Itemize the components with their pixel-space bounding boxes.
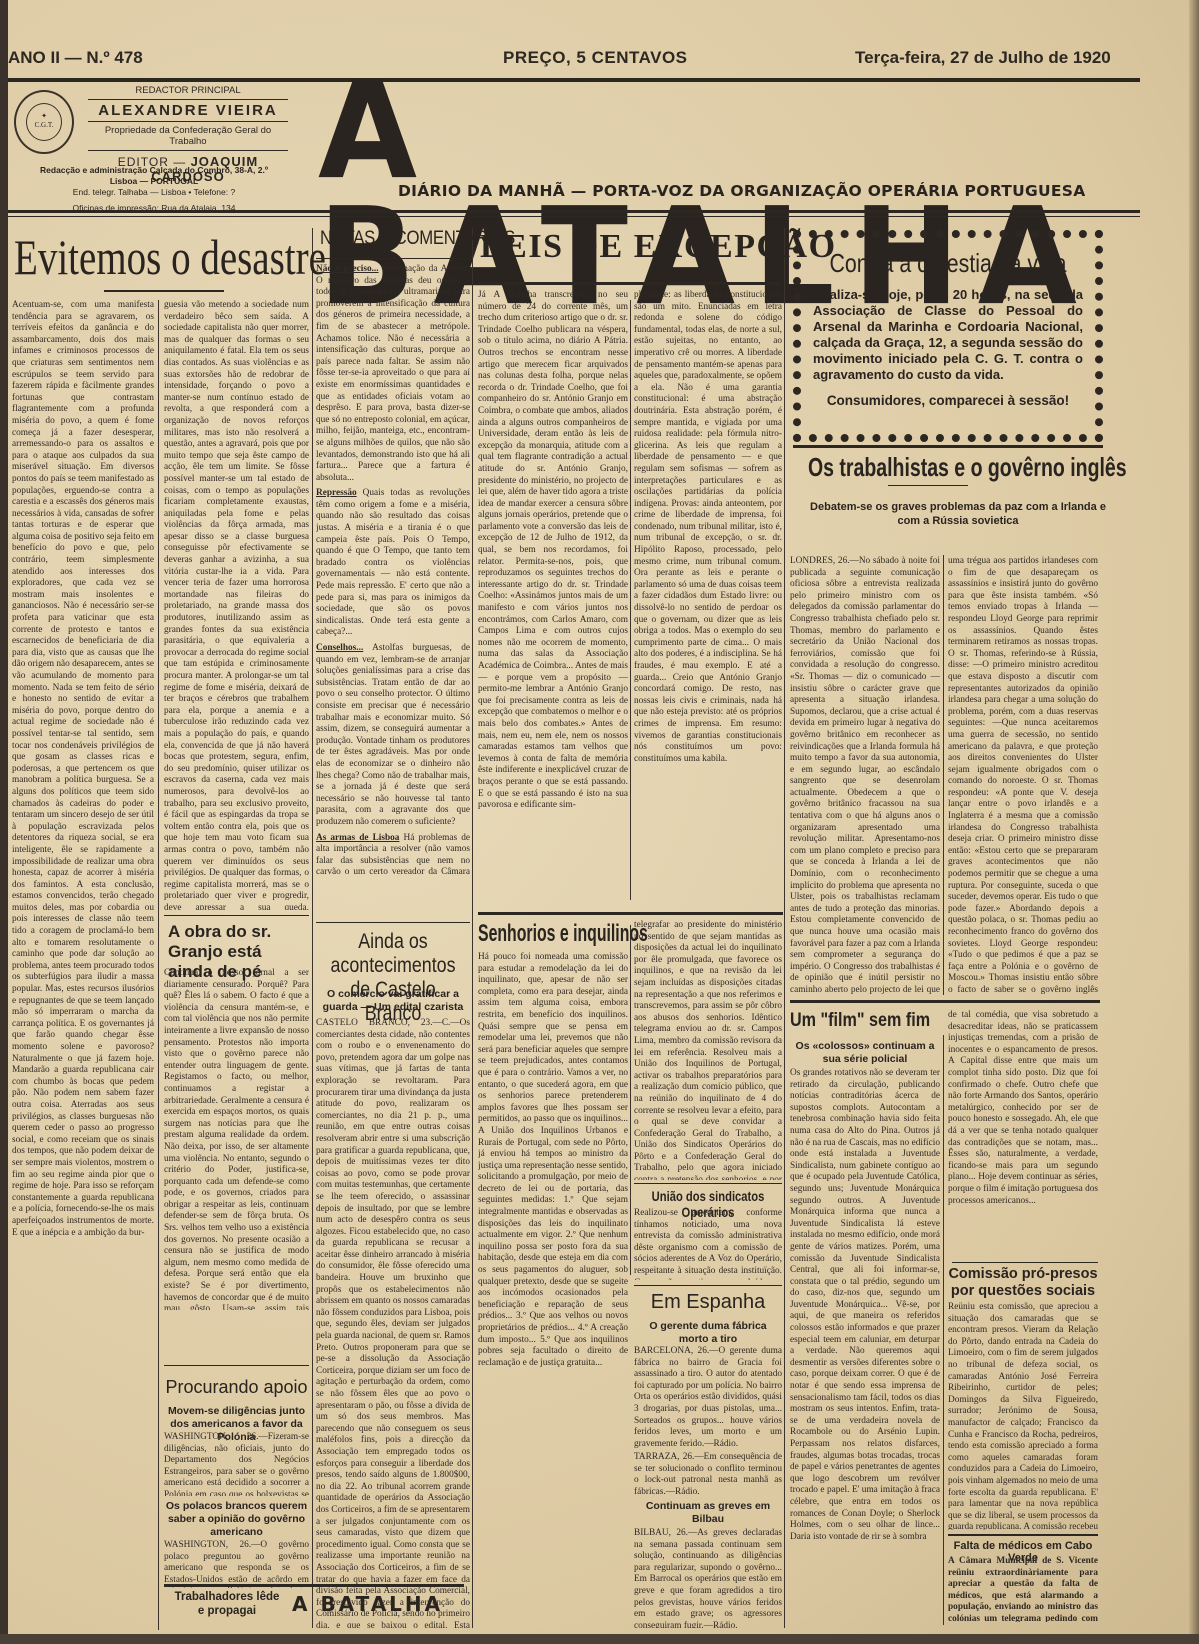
issue-number: ANO II — N.º 478 [8,48,143,68]
newspaper-subtitle: DIÁRIO DA MANHÃ — PORTA-VOZ DA ORGANIZAÇ… [398,182,1118,200]
divider [316,922,470,923]
headline-espanha: Em Espanha [634,1290,782,1314]
article-film-col2: de tal comédia, que visa sobretudo a des… [948,1010,1098,1262]
nota-item: Conselhos... Astolfas burguesas, de quan… [316,643,470,829]
address-block: Redacção e administração Calçada do Comb… [14,165,294,214]
headline-evitemos: Evitemos o desastre [14,228,246,286]
column-divider [158,300,159,1630]
headline-film: Um "film" sem fim [790,1010,918,1032]
announcement-carestia: Contra a carestia da vida Realiza-se hoj… [793,230,1103,442]
divider [952,1262,1098,1263]
headline-underline [478,282,780,285]
article-medicos: A Câmara Municipal de S. Vicente reüniu … [948,1556,1098,1622]
headline-underline [888,485,968,486]
column-divider [630,925,631,1275]
column-divider [784,228,785,1628]
article-tarraza: TARRAZA, 26.—Em consequência de se ter s… [634,1452,782,1498]
article-apoio: WASHINGTON, 26.—Fizeram-se diligências, … [164,1432,309,1496]
nota-text: Astolfas burguesas, de quando em vez, le… [316,643,470,827]
seal-inner: ✦C.G.T. [26,103,62,141]
page-edge-left [0,0,8,1644]
subhead-bilbau: Continuam as greves em Bilbau [634,1500,782,1526]
price: PREÇO, 5 CENTAVOS [503,48,688,68]
article-evitemos-col2: guesia vão metendo a sociedade num verda… [164,300,309,910]
section-rule-thin [8,216,1140,217]
article-leis-col1: Já A Batalha transcreveu, no seu número … [478,290,628,890]
headline-carestia: Contra a carestia da vida [826,248,1070,279]
announcement-call: Consumidores, comparecei à sessão! [813,393,1083,408]
deck-castelo: O comércio vai gratificar a guarda — Um … [316,988,470,1014]
article-evitemos-col1: Acentuam-se, com uma manifesta tendência… [12,300,154,1630]
article-bilbau: BILBAU, 26.—As greves declaradas na sema… [634,1528,782,1628]
nota-text: Informação da Arcada: O ministro das col… [316,264,470,483]
divider [478,912,783,915]
divider [634,1183,782,1184]
promo-left: Trabalhadores lêde e propagai [172,1590,282,1618]
article-uniao: Realizou-se anteontem, conforme tínhamos… [634,1208,782,1280]
divider [793,445,1103,448]
nota-lead: Conselhos... [316,643,363,653]
redactor-label: REDACTOR PRINCIPAL [88,85,288,96]
article-film-col1: Os grandes rotativos não se deveram ter … [790,1068,940,1628]
divider [634,1285,782,1286]
newspaper-title: A BATALHA [318,69,1138,195]
announcement-body: Realiza-se hoje, pelas 20 horas, na sede… [813,287,1083,383]
address-line-2: Lisboa — PORTUGAL [14,176,294,187]
divider [790,1000,1100,1003]
column-divider [630,300,631,900]
deck-trabalhistas: Debatem-se os graves problemas da paz co… [808,500,1108,528]
headline-leis: LEIS DE EXCEPÇÃO [480,228,790,266]
nota-item: Não é preciso... Informação da Arcada: O… [316,264,470,484]
dateline: ANO II — N.º 478 PREÇO, 5 CENTAVOS Terça… [8,48,1138,70]
article-granjo: Continua o nosso jornal a ser diariament… [164,968,309,1310]
article-trabalhistas-col2: uma trégua aos partidos irlandeses com o… [948,556,1098,994]
column-divider [472,228,473,1628]
page-edge-right [1189,0,1199,1644]
headline-underline [104,290,224,292]
deck-espanha: O gerente duma fábrica morto a tiro [634,1320,782,1346]
column-divider [943,1035,944,1625]
notas-column: Não é preciso... Informação da Arcada: O… [316,264,470,876]
column-divider [312,228,313,1628]
headline-apoio: Procurando apoio [164,1375,309,1399]
article-comissao: Reüniu esta comissão, que apreciou a sit… [948,1302,1098,1530]
redactor-name: ALEXANDRE VIEIRA [88,99,288,122]
divider [164,1365,309,1366]
headline-senhorios: Senhorios e inquilinos [478,920,577,948]
nota-text: Quais todas as revoluções têm como orige… [316,488,470,637]
article-castelo: CASTELO BRANCO, 23.—C.—Os comerciantes d… [316,1018,470,1628]
article-barcelona: BARCELONA, 26.—O gerente duma fábrica no… [634,1346,782,1450]
property-line: Propriedade da Confederação Geral do Tra… [88,125,288,147]
address-line-1: Redacção e administração Calçada do Comb… [14,165,294,176]
subhead-polacos: Os polacos brancos querem saber a opiniã… [164,1500,309,1539]
newspaper-page: ANO II — N.º 478 PREÇO, 5 CENTAVOS Terça… [8,0,1188,1644]
nota-lead: As armas de Lisboa [316,833,399,843]
nota-lead: Não é preciso... [316,264,379,274]
column-divider [943,555,944,995]
address-line-3: End. telegr. Talhaba — Lisboa • Telefone… [14,187,294,198]
article-trabalhistas-col1: LONDRES, 26.—No sábado à noite foi publi… [790,556,940,994]
nota-lead: Repressão [316,488,357,498]
deck-film: Os «colossos» continuam a sua série poli… [790,1040,940,1066]
divider [948,1534,1098,1536]
nota-item: Repressão Quais todas as revoluções têm … [316,488,470,639]
article-senhorios-col1: Há pouco foi nomeada uma comissão para e… [478,952,628,1628]
article-senhorios-col2: telegrafar ao presidente do ministério n… [634,920,782,1180]
cgt-seal-icon: ✦C.G.T. [14,90,74,154]
divider [164,915,309,916]
publication-date: Terça-feira, 27 de Julho de 1920 [855,48,1111,68]
section-rule [8,210,1140,213]
nota-item: As armas de Lisboa Há problemas de alta … [316,833,470,877]
headline-comissao: Comissão pró-presos por questões sociais [948,1266,1098,1300]
article-leis-col2: plicidade: as liberdades constitucionais… [634,290,782,890]
section-underline [316,258,470,259]
section-notas: NOTAS & COMENTARIOS [320,228,461,250]
article-polacos: WASHINGTON, 26.—O govêrno polaco pregunt… [164,1540,309,1588]
headline-trabalhistas: Os trabalhistas e o govêrno inglês [808,452,1033,483]
